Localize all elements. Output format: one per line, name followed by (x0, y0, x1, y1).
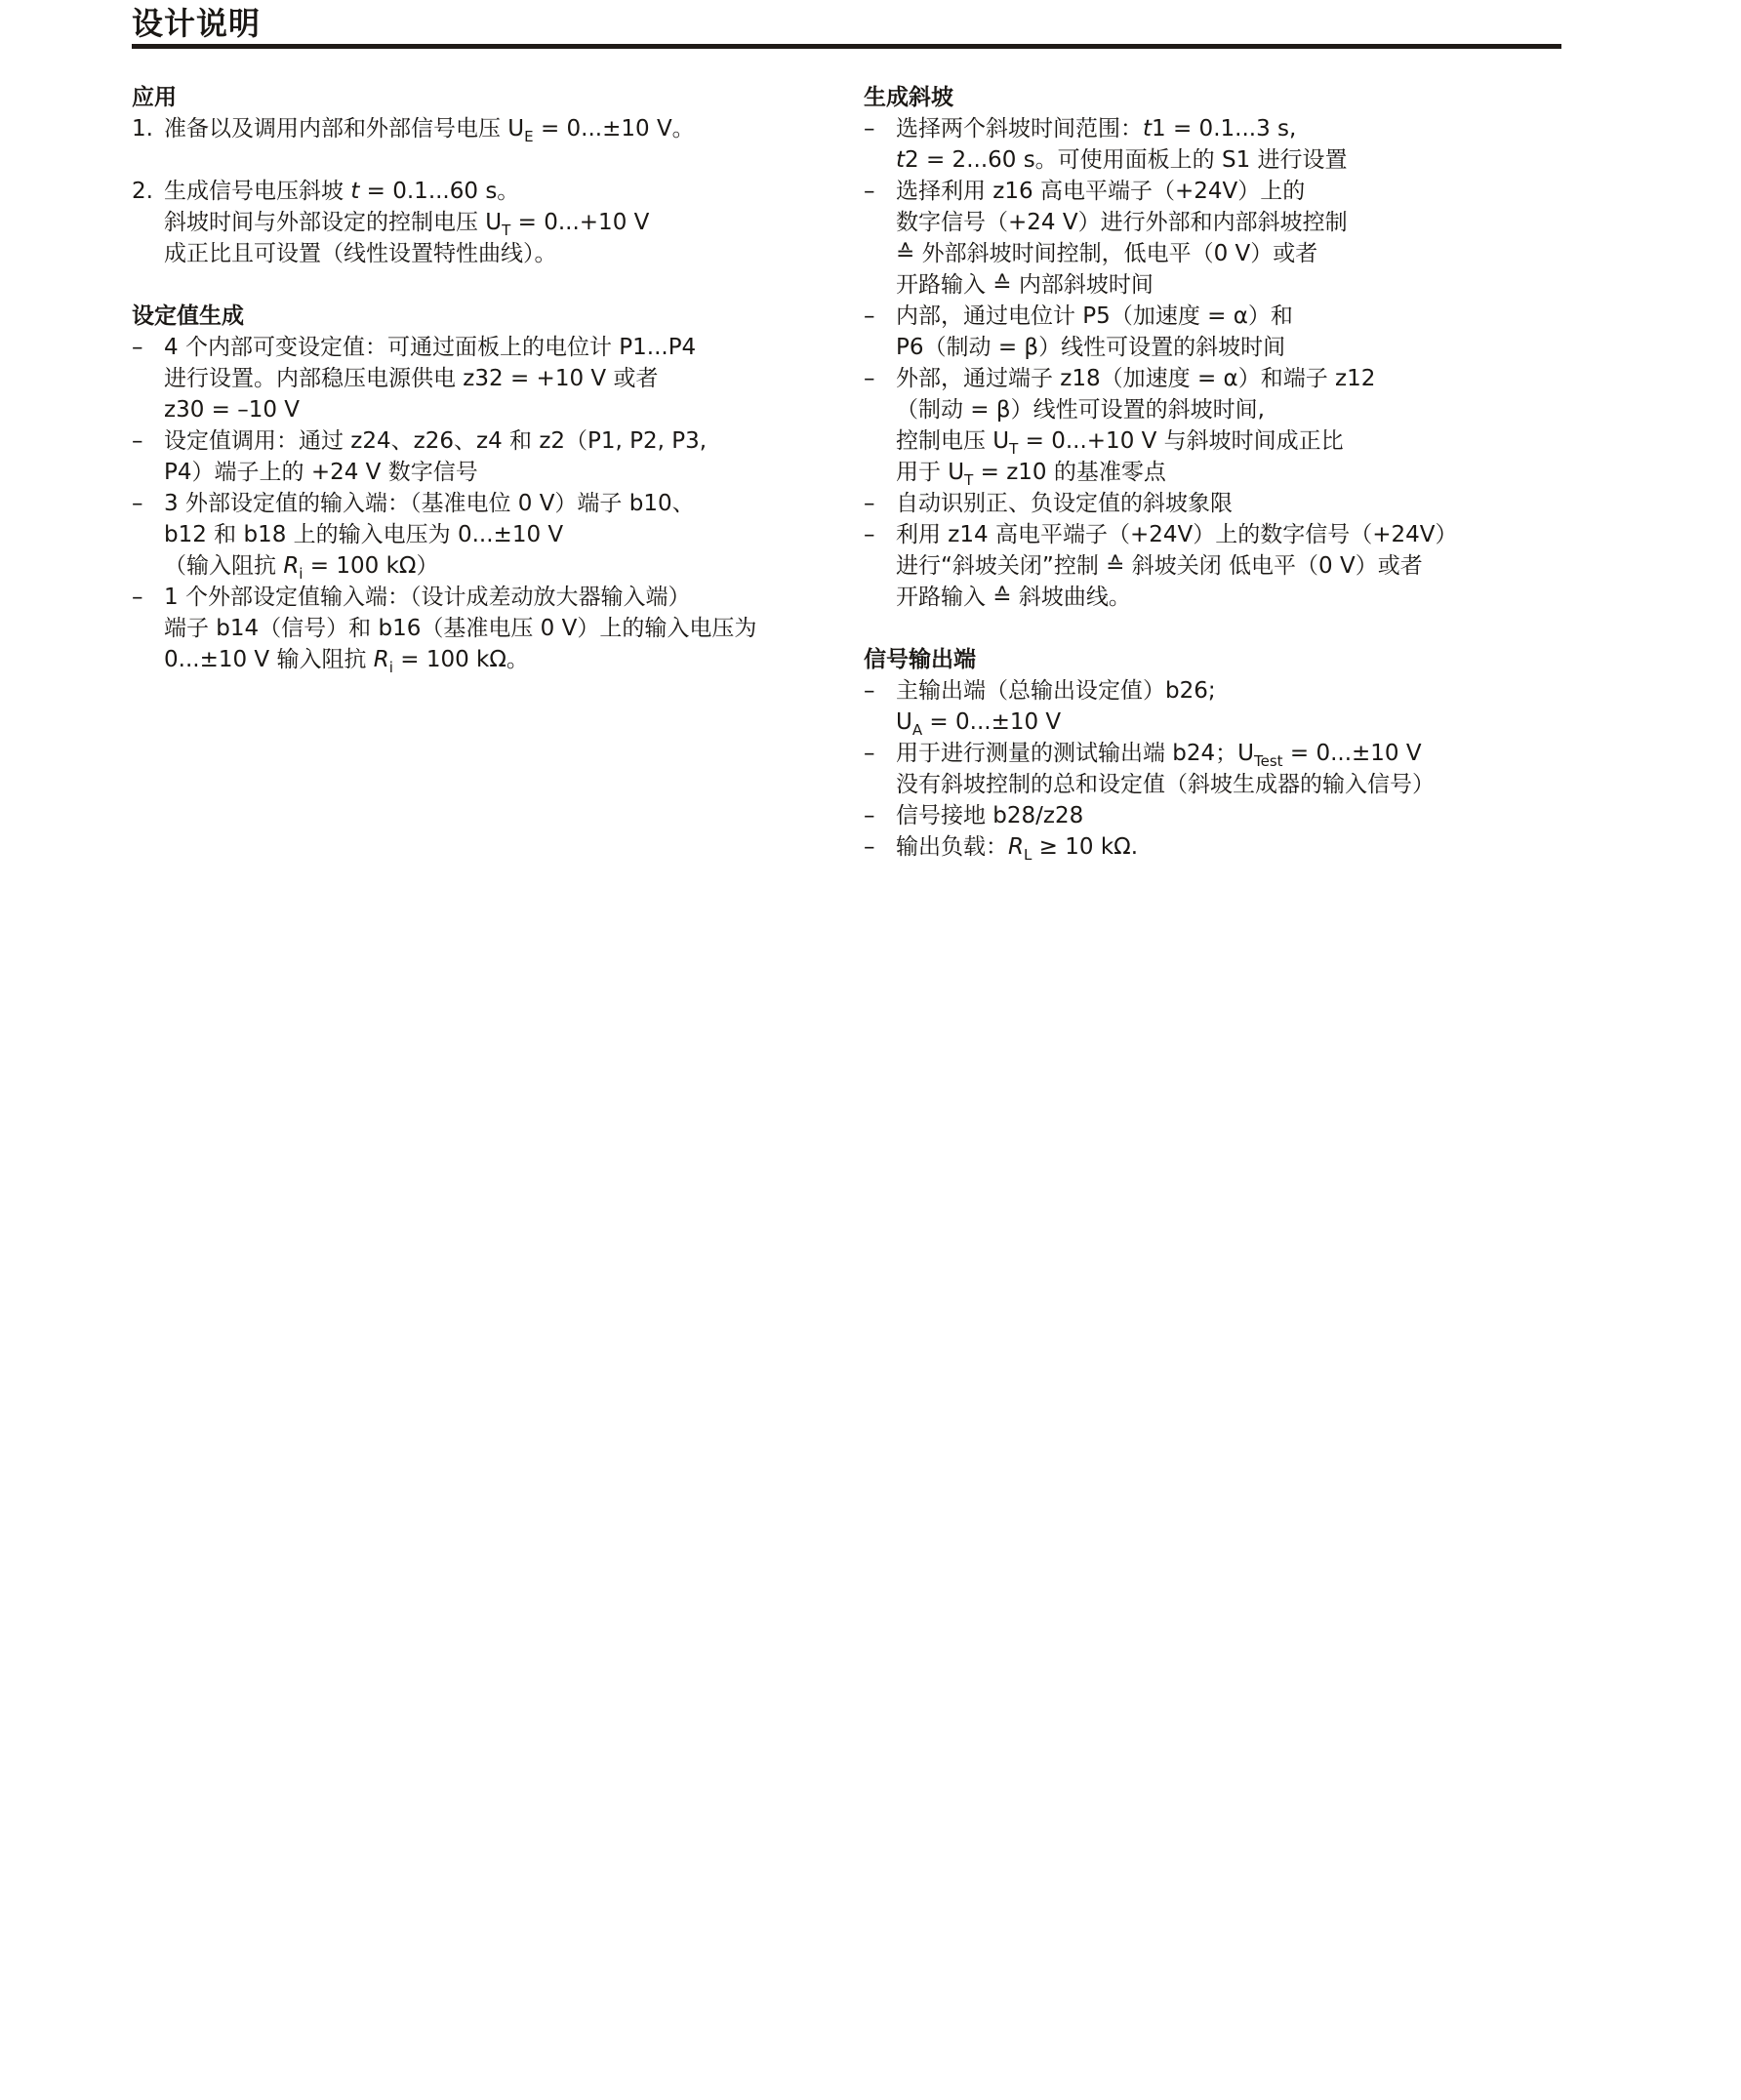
text-line: 生成信号电压斜坡 t = 0.1...60 s。 (164, 176, 834, 207)
list-marker: – (132, 332, 143, 363)
list-marker: – (864, 831, 875, 863)
text-line: （输入阻抗 Ri = 100 kΩ） (164, 550, 834, 582)
text-line: 选择两个斜坡时间范围：t1 = 0.1...3 s, (896, 113, 1566, 144)
list-marker: – (864, 363, 875, 394)
title-rule-divider (132, 44, 1561, 49)
bullet-item: –用于进行测量的测试输出端 b24；UTest = 0...±10 V没有斜坡控… (864, 738, 1566, 800)
bullet-item: –4 个内部可变设定值：可通过面板上的电位计 P1...P4进行设置。内部稳压电… (132, 332, 834, 425)
text-line: ≙ 外部斜坡时间控制，低电平（0 V）或者 (896, 238, 1566, 269)
bullet-item: –输出负载：RL ≥ 10 kΩ. (864, 831, 1566, 863)
list-marker: – (864, 800, 875, 831)
list-marker: – (864, 488, 875, 519)
text-line: 信号接地 b28/z28 (896, 800, 1566, 831)
text-line: UA = 0...±10 V (896, 707, 1566, 738)
text-line: z30 = –10 V (164, 394, 834, 425)
text-line: 进行设置。内部稳压电源供电 z32 = +10 V 或者 (164, 363, 834, 394)
text-line: 选择利用 z16 高电平端子（+24V）上的 (896, 176, 1566, 207)
left-column: 应用1.准备以及调用内部和外部信号电压 UE = 0...±10 V。2.生成信… (132, 82, 834, 707)
numbered-item: 2.生成信号电压斜坡 t = 0.1...60 s。斜坡时间与外部设定的控制电压… (132, 176, 834, 269)
text-line: 外部，通过端子 z18（加速度 = α）和端子 z12 (896, 363, 1566, 394)
section-heading: 信号输出端 (864, 644, 1566, 675)
text-line: （制动 = β）线性可设置的斜坡时间, (896, 394, 1566, 425)
text-line: 1 个外部设定值输入端：（设计成差动放大器输入端） (164, 582, 834, 613)
text-line: 主输出端（总输出设定值）b26; (896, 675, 1566, 707)
section: 设定值生成–4 个内部可变设定值：可通过面板上的电位计 P1...P4进行设置。… (132, 301, 834, 675)
section-heading: 应用 (132, 82, 834, 113)
numbered-item: 1.准备以及调用内部和外部信号电压 UE = 0...±10 V。 (132, 113, 834, 144)
text-line: 内部，通过电位计 P5（加速度 = α）和 (896, 301, 1566, 332)
list-marker: – (864, 176, 875, 207)
bullet-item: –选择两个斜坡时间范围：t1 = 0.1...3 s,t2 = 2...60 s… (864, 113, 1566, 176)
text-line: 准备以及调用内部和外部信号电压 UE = 0...±10 V。 (164, 113, 834, 144)
section: 信号输出端–主输出端（总输出设定值）b26;UA = 0...±10 V–用于进… (864, 644, 1566, 863)
text-line: 用于进行测量的测试输出端 b24；UTest = 0...±10 V (896, 738, 1566, 769)
text-line: 开路输入 ≙ 内部斜坡时间 (896, 269, 1566, 301)
text-line: 输出负载：RL ≥ 10 kΩ. (896, 831, 1566, 863)
bullet-item: –自动识别正、负设定值的斜坡象限 (864, 488, 1566, 519)
list-marker: 2. (132, 176, 153, 207)
list-marker: 1. (132, 113, 153, 144)
text-line: 0...±10 V 输入阻抗 Ri = 100 kΩ。 (164, 644, 834, 675)
text-line: 斜坡时间与外部设定的控制电压 UT = 0...+10 V (164, 207, 834, 238)
text-line: b12 和 b18 上的输入电压为 0...±10 V (164, 519, 834, 550)
text-line: 进行“斜坡关闭”控制 ≙ 斜坡关闭 低电平（0 V）或者 (896, 550, 1566, 582)
text-line: P6（制动 = β）线性可设置的斜坡时间 (896, 332, 1566, 363)
text-line: P4）端子上的 +24 V 数字信号 (164, 457, 834, 488)
bullet-item: –信号接地 b28/z28 (864, 800, 1566, 831)
bullet-item: –选择利用 z16 高电平端子（+24V）上的数字信号（+24 V）进行外部和内… (864, 176, 1566, 301)
list-marker: – (132, 488, 143, 519)
list-marker: – (864, 675, 875, 707)
text-line: 用于 UT = z10 的基准零点 (896, 457, 1566, 488)
bullet-item: –利用 z14 高电平端子（+24V）上的数字信号（+24V）进行“斜坡关闭”控… (864, 519, 1566, 613)
text-line: 自动识别正、负设定值的斜坡象限 (896, 488, 1566, 519)
text-line: 开路输入 ≙ 斜坡曲线。 (896, 582, 1566, 613)
bullet-item: –主输出端（总输出设定值）b26;UA = 0...±10 V (864, 675, 1566, 738)
list-marker: – (132, 582, 143, 613)
bullet-item: –3 外部设定值的输入端：（基准电位 0 V）端子 b10、b12 和 b18 … (132, 488, 834, 582)
text-line: 4 个内部可变设定值：可通过面板上的电位计 P1...P4 (164, 332, 834, 363)
page-title: 设计说明 (132, 2, 261, 45)
right-column: 生成斜坡–选择两个斜坡时间范围：t1 = 0.1...3 s,t2 = 2...… (864, 82, 1566, 894)
bullet-item: –设定值调用：通过 z24、z26、z4 和 z2（P1, P2, P3,P4）… (132, 425, 834, 488)
list-marker: – (132, 425, 143, 457)
text-line: 成正比且可设置（线性设置特性曲线）。 (164, 238, 834, 269)
text-line: 3 外部设定值的输入端：（基准电位 0 V）端子 b10、 (164, 488, 834, 519)
text-line: 控制电压 UT = 0...+10 V 与斜坡时间成正比 (896, 425, 1566, 457)
section-heading: 设定值生成 (132, 301, 834, 332)
text-line: 数字信号（+24 V）进行外部和内部斜坡控制 (896, 207, 1566, 238)
section-heading: 生成斜坡 (864, 82, 1566, 113)
section: 生成斜坡–选择两个斜坡时间范围：t1 = 0.1...3 s,t2 = 2...… (864, 82, 1566, 613)
section: 应用1.准备以及调用内部和外部信号电压 UE = 0...±10 V。2.生成信… (132, 82, 834, 269)
text-line: t2 = 2...60 s。可使用面板上的 S1 进行设置 (896, 144, 1566, 176)
text-line: 设定值调用：通过 z24、z26、z4 和 z2（P1, P2, P3, (164, 425, 834, 457)
list-marker: – (864, 301, 875, 332)
text-line: 端子 b14（信号）和 b16（基准电压 0 V）上的输入电压为 (164, 613, 834, 644)
list-marker: – (864, 738, 875, 769)
bullet-item: –1 个外部设定值输入端：（设计成差动放大器输入端）端子 b14（信号）和 b1… (132, 582, 834, 675)
text-line: 利用 z14 高电平端子（+24V）上的数字信号（+24V） (896, 519, 1566, 550)
list-marker: – (864, 519, 875, 550)
text-line: 没有斜坡控制的总和设定值（斜坡生成器的输入信号） (896, 769, 1566, 800)
bullet-item: –内部，通过电位计 P5（加速度 = α）和P6（制动 = β）线性可设置的斜坡… (864, 301, 1566, 363)
list-marker: – (864, 113, 875, 144)
bullet-item: –外部，通过端子 z18（加速度 = α）和端子 z12（制动 = β）线性可设… (864, 363, 1566, 488)
